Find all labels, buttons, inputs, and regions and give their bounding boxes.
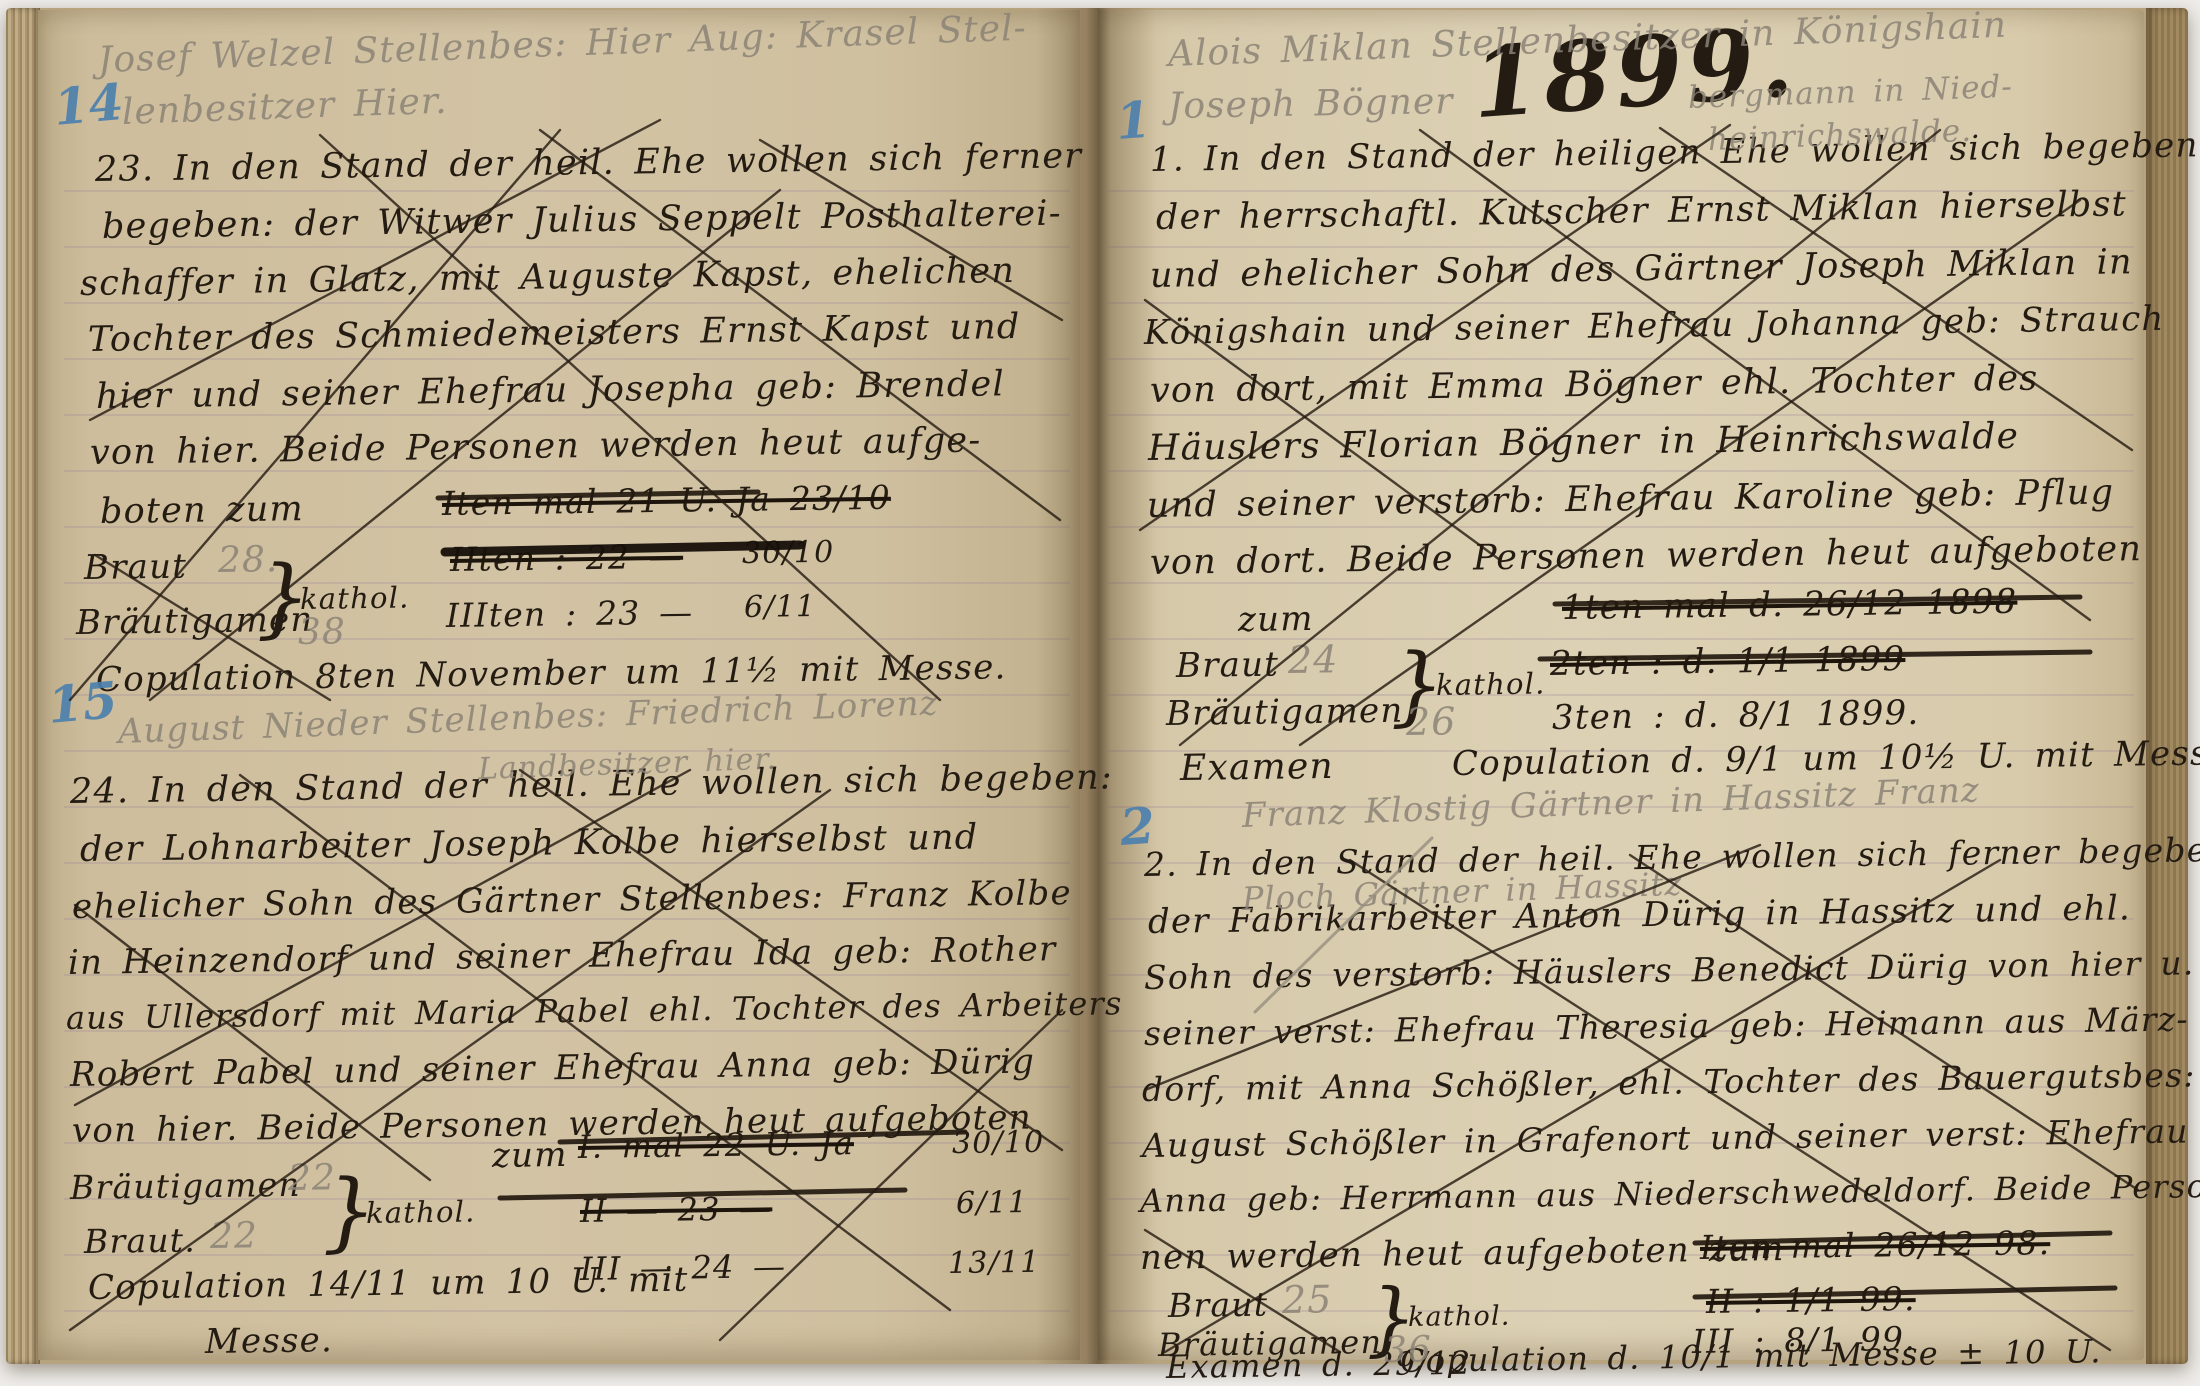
book-cover-edge	[2146, 8, 2188, 1364]
right-page	[1098, 10, 2144, 1360]
register-book	[6, 8, 2188, 1364]
page-stack-edge	[6, 8, 40, 1364]
year-title: 1899.	[1468, 5, 1801, 140]
book-gutter	[1036, 8, 1156, 1364]
scanned-register-photo: { "colors":{"paper_left":"#cfc0a0","pape…	[0, 0, 2200, 1379]
left-page	[38, 10, 1080, 1360]
